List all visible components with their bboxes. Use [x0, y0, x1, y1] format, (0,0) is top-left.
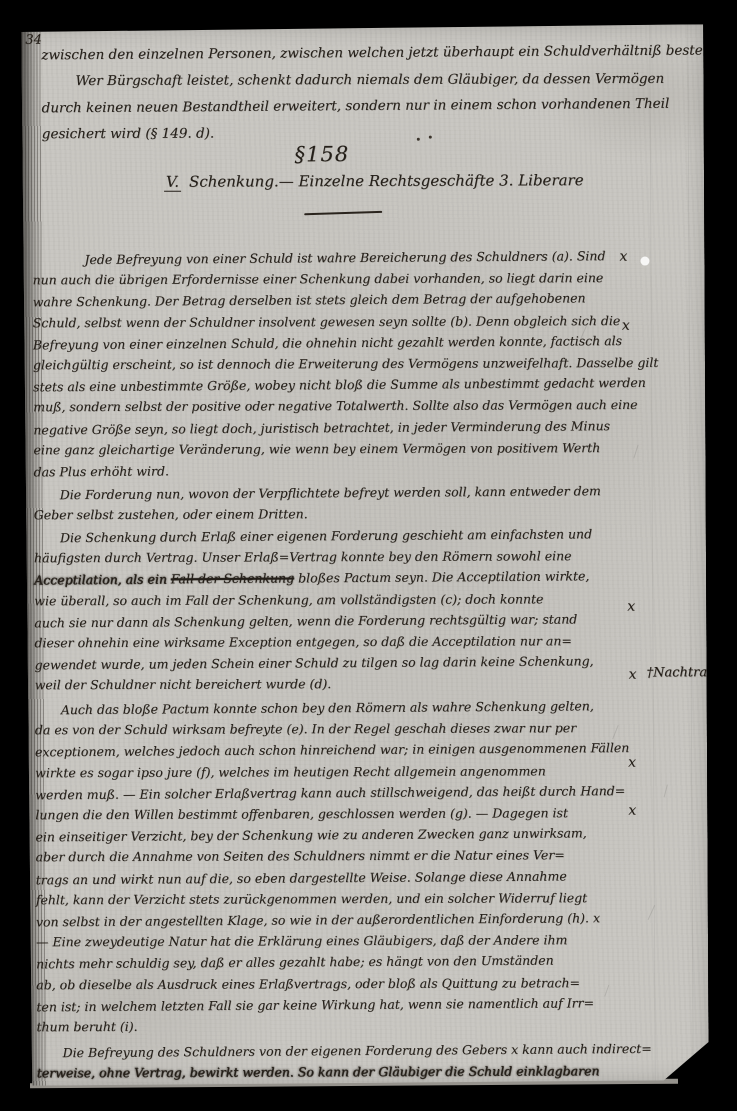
handwritten-line: das Plus erhöht wird. — [33, 457, 653, 483]
margin-x-mark: x — [619, 249, 627, 265]
strikethrough-text: Fall der Schenkung — [171, 571, 294, 587]
line-text: Die Befreyung des Schuldners von der eig… — [63, 1042, 508, 1060]
subtitle-text: Schenkung.— Einzelne Rechtsgeschäfte 3. … — [189, 171, 584, 191]
handwritten-line: weil der Schuldner nicht bereichert wurd… — [35, 672, 655, 696]
handwritten-line: Wer Bürgschaft leistet, schenkt dadurch … — [41, 65, 681, 94]
paragraph-previous-section: zwischen den einzelnen Personen, zwische… — [41, 38, 682, 147]
manuscript-page: 34 zwischen den einzelnen Personen, zwis… — [21, 24, 709, 1086]
insertion-x-mark: x — [511, 1042, 518, 1057]
handwritten-line: aber durch die Annahme von Seiten des Sc… — [36, 844, 656, 868]
paragraph-1: Jede Befreyung von einer Schuld ist wahr… — [32, 245, 653, 481]
ink-dot — [417, 138, 420, 141]
scan-background: 34 zwischen den einzelnen Personen, zwis… — [0, 0, 737, 1111]
handwritten-line: Geber selbst zustehen, oder einem Dritte… — [34, 502, 654, 526]
marginal-note: †Nachtrag — [647, 665, 716, 680]
paragraph-3: Die Schenkung durch Erlaß einer eigenen … — [34, 523, 655, 696]
paper-crease — [687, 24, 694, 1082]
note-letter-circled: (n) — [721, 42, 737, 59]
margin-x-mark: x — [622, 318, 630, 334]
handwritten-line: exceptionem, welches jedoch auch schon h… — [35, 737, 655, 763]
paragraph-4: Auch das bloße Pactum konnte schon bey d… — [35, 695, 657, 1037]
handwritten-line: thum beruht (i). — [36, 1014, 656, 1038]
margin-x-mark: x — [628, 803, 636, 819]
ink-dot — [429, 136, 432, 139]
page-number: 34 — [25, 33, 42, 48]
paragraph-2: Die Forderung nun, wovon der Verpflichte… — [34, 480, 654, 526]
handwritten-line: muß, sondern selbst der positive oder ne… — [33, 394, 653, 418]
paragraph-5: Die Befreyung des Schuldners von der eig… — [37, 1038, 657, 1084]
roman-numeral: V. — [164, 173, 181, 192]
handwritten-line: wahre Schenkung. Der Betrag derselben is… — [33, 287, 653, 313]
separator-rule — [304, 211, 382, 215]
line-text: bloßes Pactum seyn. Die Acceptilation wi… — [294, 569, 589, 586]
handwritten-line: durch keinen neuen Bestandtheil erweiter… — [42, 91, 682, 122]
margin-x-mark: x — [628, 755, 636, 771]
handwritten-line: nichts mehr schuldig sey, daß er alles g… — [36, 949, 656, 975]
line-text: zwischen den einzelnen Personen, zwische… — [41, 42, 717, 63]
margin-x-mark: x — [627, 599, 635, 615]
handwritten-line: zwischen den einzelnen Personen, zwische… — [41, 38, 681, 69]
line-text: kann auch indirect= — [522, 1041, 652, 1057]
section-subtitle: V.Schenkung.— Einzelne Rechtsgeschäfte 3… — [164, 171, 584, 191]
section-heading: §158 — [22, 140, 622, 168]
blotted-text: Acceptilation, als ein — [34, 572, 171, 588]
margin-x-mark: x — [629, 667, 637, 683]
paper-scratch — [664, 785, 668, 798]
handwritten-line: Acceptilation, als ein Fall der Schenkun… — [34, 565, 654, 591]
handwritten-line: terweise, ohne Vertrag, bewirkt werden. … — [37, 1060, 657, 1084]
